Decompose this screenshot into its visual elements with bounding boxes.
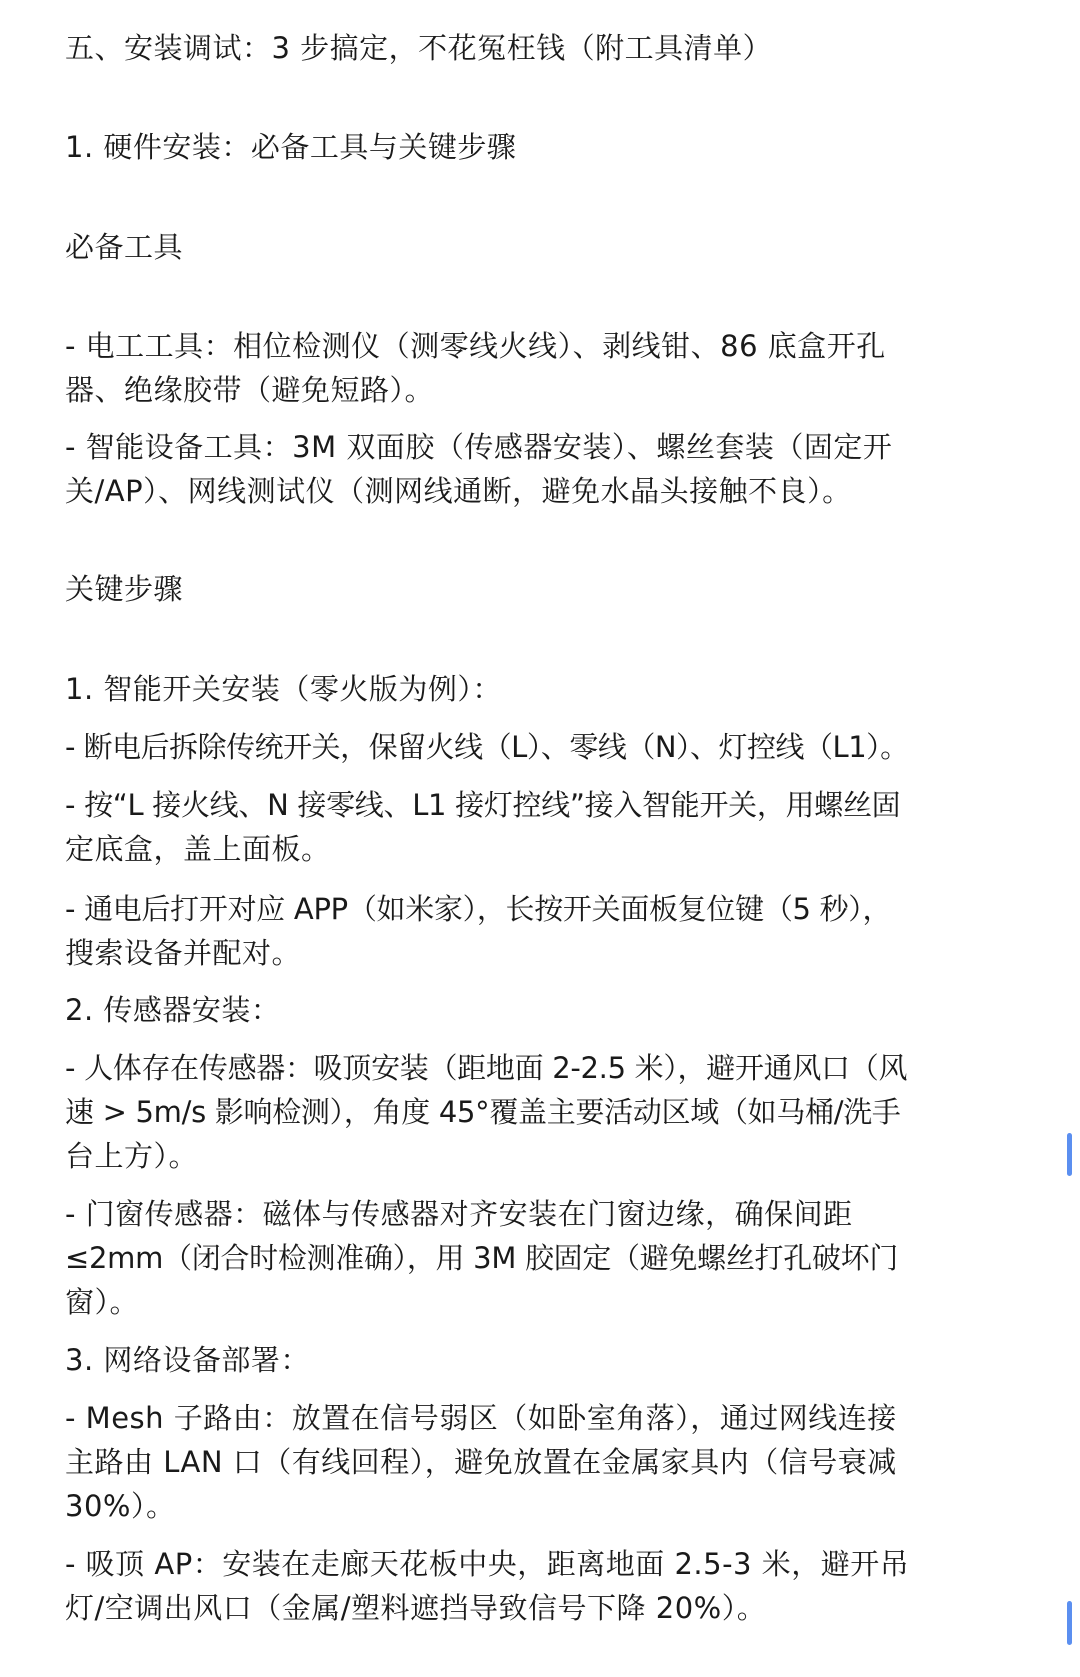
scrollbar-thumb-secondary[interactable] — [1067, 1601, 1072, 1645]
text-line: - 智能设备工具：3M 双面胶（传感器安装）、螺丝套装（固定开 — [65, 425, 892, 469]
text-line: 窗）。 — [65, 1280, 139, 1324]
text-line: ≤2mm（闭合时检测准确），用 3M 胶固定（避免螺丝打孔破坏门 — [65, 1236, 898, 1280]
text-line: - 吸顶 AP：安装在走廊天花板中央，距离地面 2.5-3 米，避开吊 — [65, 1542, 909, 1586]
text-line: - 断电后拆除传统开关，保留火线（L）、零线（N）、灯控线（L1）。 — [65, 725, 909, 769]
text-line: - Mesh 子路由：放置在信号弱区（如卧室角落），通过网线连接 — [65, 1396, 897, 1440]
text-line: 灯/空调出风口（金属/塑料遮挡导致信号下降 20%）。 — [65, 1586, 766, 1630]
text-line: - 门窗传感器：磁体与传感器对齐安装在门窗边缘，确保间距 — [65, 1192, 853, 1236]
heading-steps: 关键步骤 — [65, 567, 183, 611]
text-line: 搜索设备并配对。 — [65, 931, 301, 975]
subsection-title: 1. 硬件安装：必备工具与关键步骤 — [65, 125, 516, 169]
text-line: - 人体存在传感器：吸顶安装（距地面 2-2.5 米），避开通风口（风 — [65, 1046, 907, 1090]
text-line: - 按“L 接火线、N 接零线、L1 接灯控线”接入智能开关，用螺丝固 — [65, 783, 900, 827]
section-title: 五、安装调试：3 步搞定，不花冤枉钱（附工具清单） — [65, 26, 772, 70]
scrollbar-thumb[interactable] — [1067, 1133, 1072, 1176]
text-line: 台上方）。 — [65, 1134, 198, 1178]
text-line: - 通电后打开对应 APP（如米家），长按开关面板复位键（5 秒）， — [65, 887, 891, 931]
text-line: 主路由 LAN 口（有线回程），避免放置在金属家具内（信号衰减 — [65, 1440, 897, 1484]
text-line: 速 > 5m/s 影响检测），角度 45°覆盖主要活动区域（如马桶/洗手 — [65, 1090, 901, 1134]
text-line: 30%）。 — [65, 1484, 175, 1528]
text-line: 关/AP）、网线测试仪（测网线通断，避免水晶头接触不良）。 — [65, 469, 852, 513]
step-title: 3. 网络设备部署： — [65, 1338, 310, 1382]
step-title: 2. 传感器安装： — [65, 988, 280, 1032]
text-line: 定底盒，盖上面板。 — [65, 827, 331, 871]
text-line: 器、绝缘胶带（避免短路）。 — [65, 368, 434, 412]
text-line: - 电工工具：相位检测仪（测零线火线）、剥线钳、86 底盒开孔 — [65, 324, 886, 368]
step-title: 1. 智能开关安装（零火版为例）： — [65, 667, 502, 711]
heading-tools: 必备工具 — [65, 225, 183, 269]
